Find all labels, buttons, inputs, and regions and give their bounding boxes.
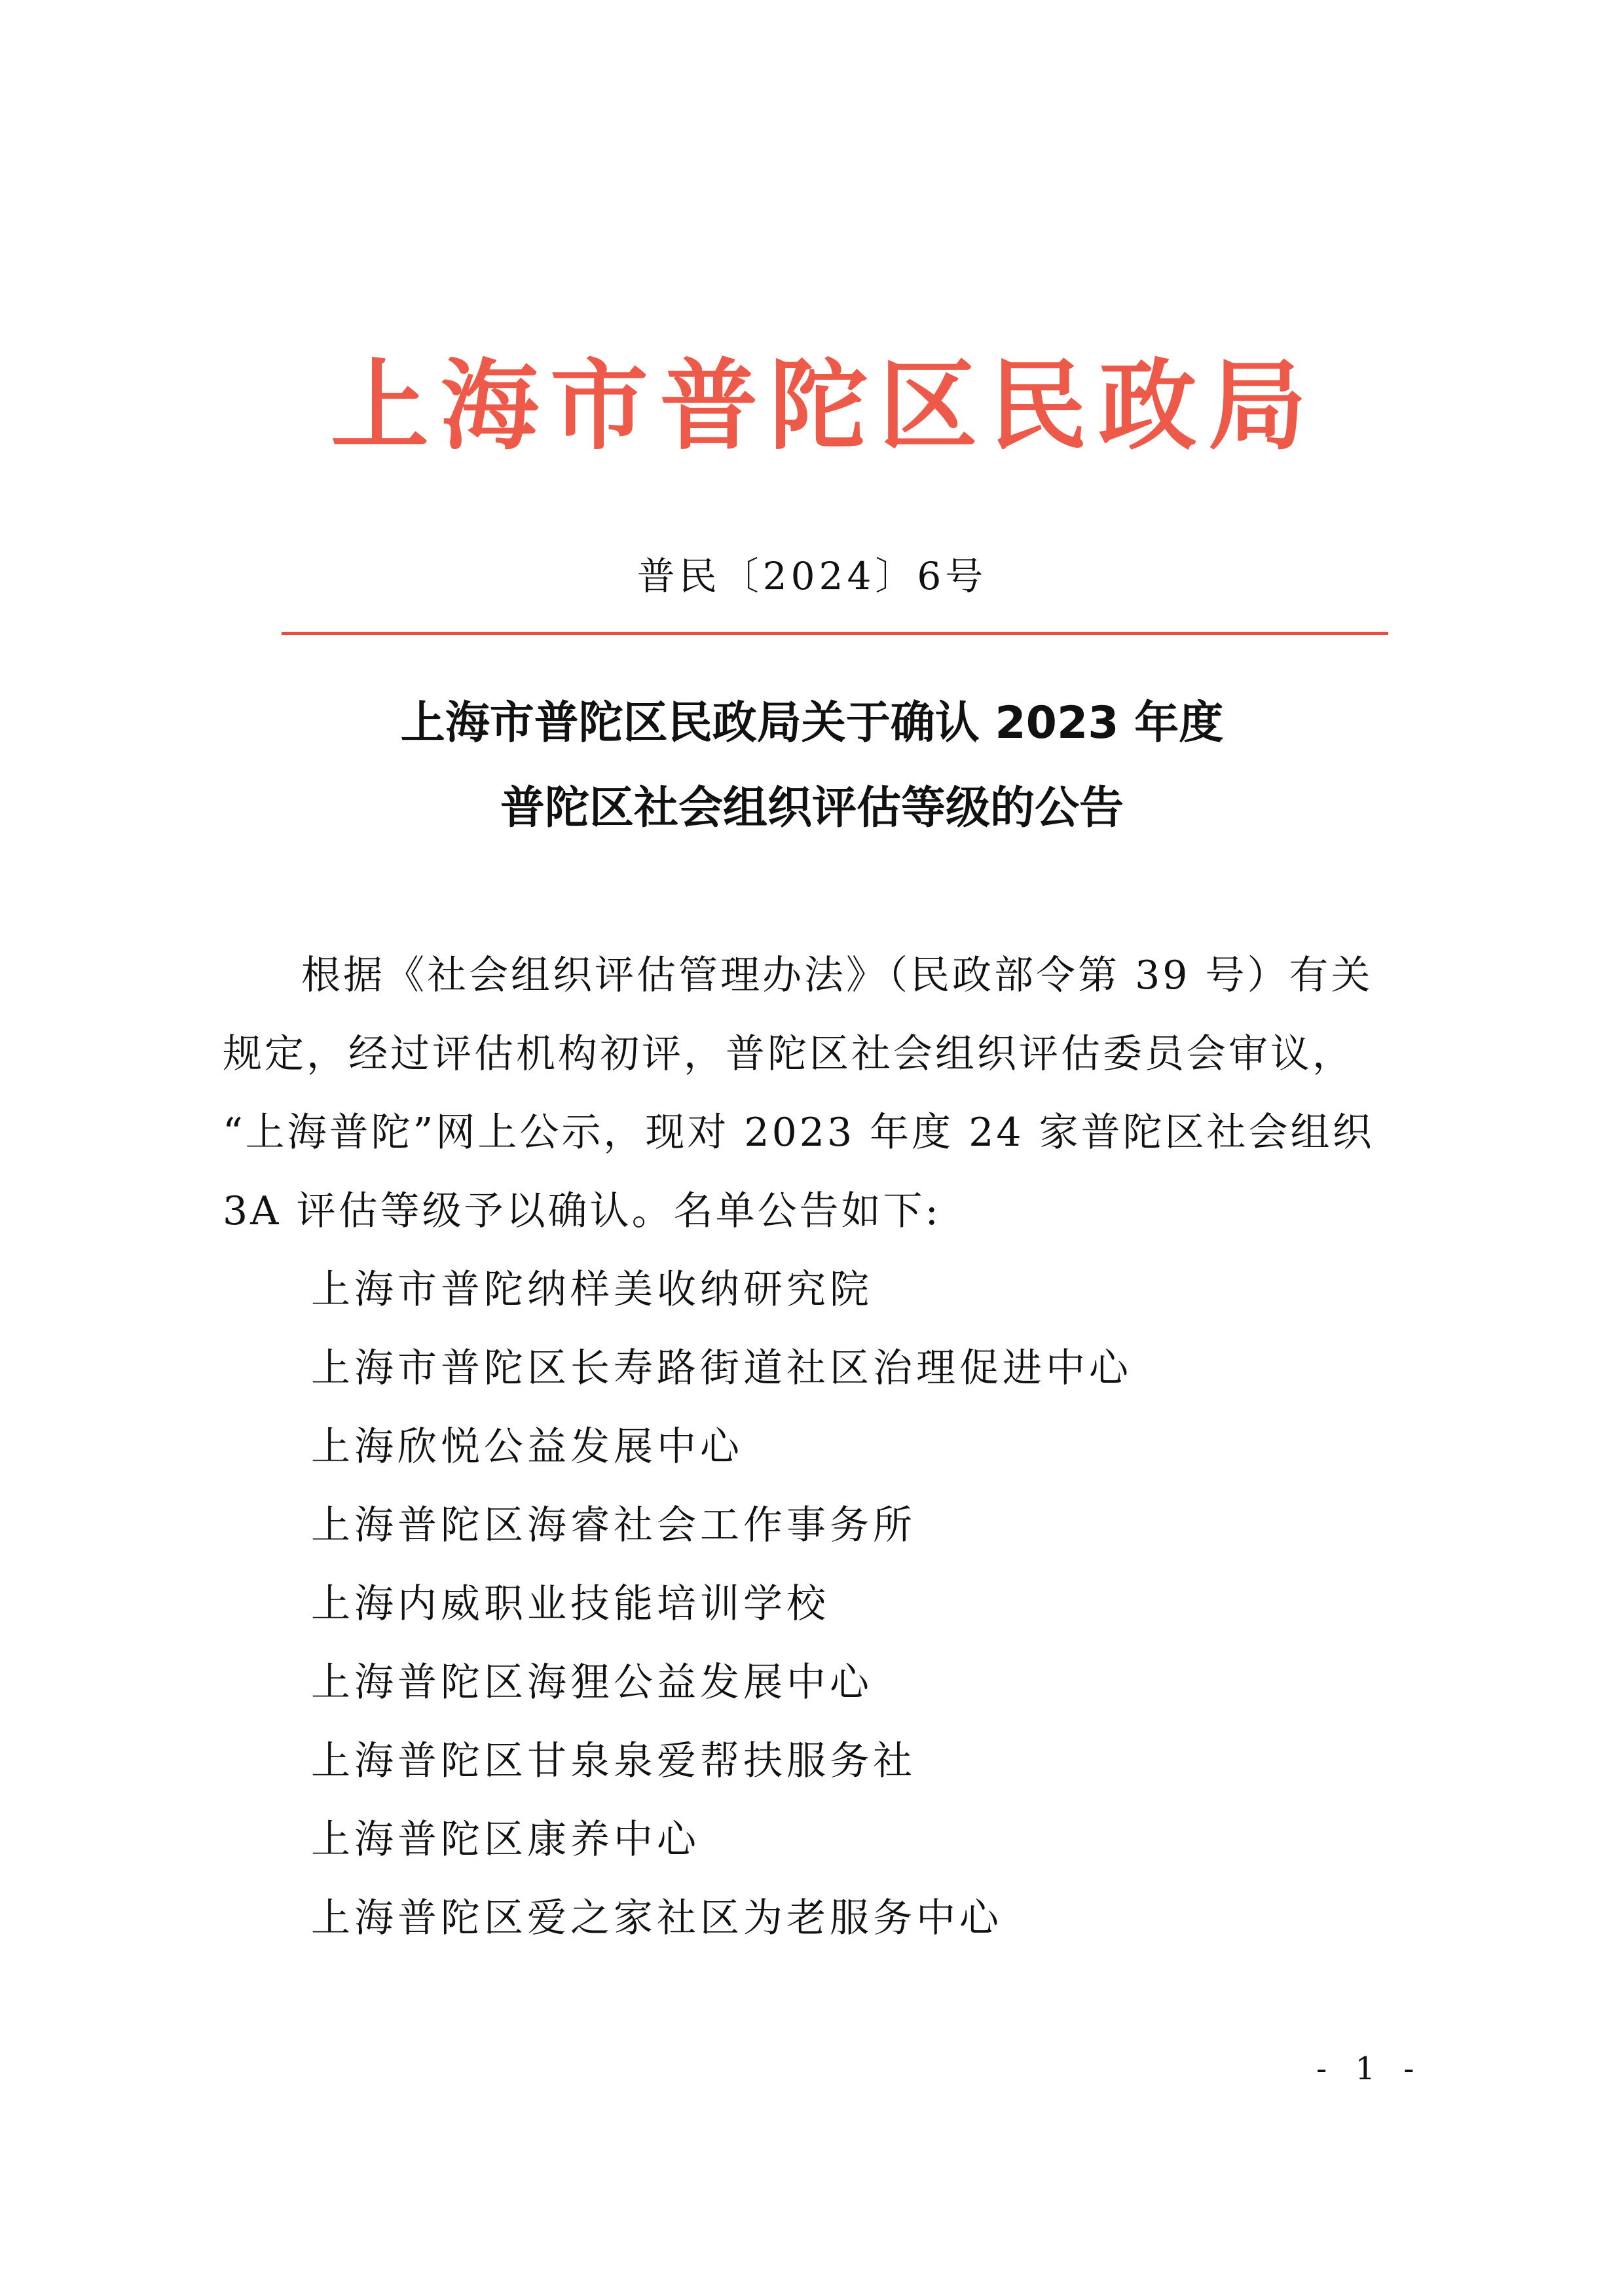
organization-item: 上海市普陀纳样美收纳研究院 <box>311 1250 1132 1329</box>
body-paragraph: 根据《社会组织评估管理办法》（民政部令第 39 号）有关 规定，经过评估机构初评… <box>223 936 1414 1250</box>
body-line: 根据《社会组织评估管理办法》（民政部令第 39 号）有关 <box>223 936 1414 1015</box>
organization-list: 上海市普陀纳样美收纳研究院 上海市普陀区长寿路街道社区治理促进中心 上海欣悦公益… <box>311 1250 1132 1958</box>
issuer-header-char: 民 <box>986 347 1090 465</box>
issuer-header-char: 局 <box>1205 347 1310 465</box>
red-divider-rule <box>282 632 1388 635</box>
issuer-header-char: 海 <box>437 347 542 465</box>
issuer-header-char: 上 <box>327 347 432 465</box>
document-title-line-1: 上海市普陀区民政局关于确认 2023 年度 <box>0 694 1624 753</box>
organization-item: 上海普陀区爱之家社区为老服务中心 <box>311 1879 1132 1958</box>
document-number: 普民〔2024〕6号 <box>0 550 1624 602</box>
issuer-header-char: 区 <box>876 347 981 465</box>
body-line: “上海普陀”网上公示，现对 2023 年度 24 家普陀区社会组织 <box>223 1093 1414 1172</box>
issuer-header-char: 陀 <box>766 347 871 465</box>
document-page: 上 海 市 普 陀 区 民 政 局 普民〔2024〕6号 上海市普陀区民政局关于… <box>0 0 1624 2296</box>
issuer-header-char: 普 <box>657 347 762 465</box>
organization-item: 上海内威职业技能培训学校 <box>311 1565 1132 1643</box>
organization-item: 上海普陀区康养中心 <box>311 1800 1132 1879</box>
issuer-header: 上 海 市 普 陀 区 民 政 局 <box>327 347 1310 465</box>
document-title-line-2: 普陀区社会组织评估等级的公告 <box>0 779 1624 838</box>
body-line: 规定，经过评估机构初评，普陀区社会组织评估委员会审议， <box>223 1015 1414 1093</box>
organization-item: 上海普陀区海狸公益发展中心 <box>311 1643 1132 1722</box>
issuer-header-char: 市 <box>547 347 652 465</box>
organization-item: 上海普陀区海睿社会工作事务所 <box>311 1486 1132 1565</box>
organization-item: 上海普陀区甘泉泉爱帮扶服务社 <box>311 1722 1132 1800</box>
organization-item: 上海欣悦公益发展中心 <box>311 1408 1132 1486</box>
organization-item: 上海市普陀区长寿路街道社区治理促进中心 <box>311 1329 1132 1408</box>
page-number: - 1 - <box>1316 2049 1424 2088</box>
issuer-header-char: 政 <box>1096 347 1200 465</box>
body-line: 3A 评估等级予以确认。名单公告如下: <box>223 1172 1414 1250</box>
